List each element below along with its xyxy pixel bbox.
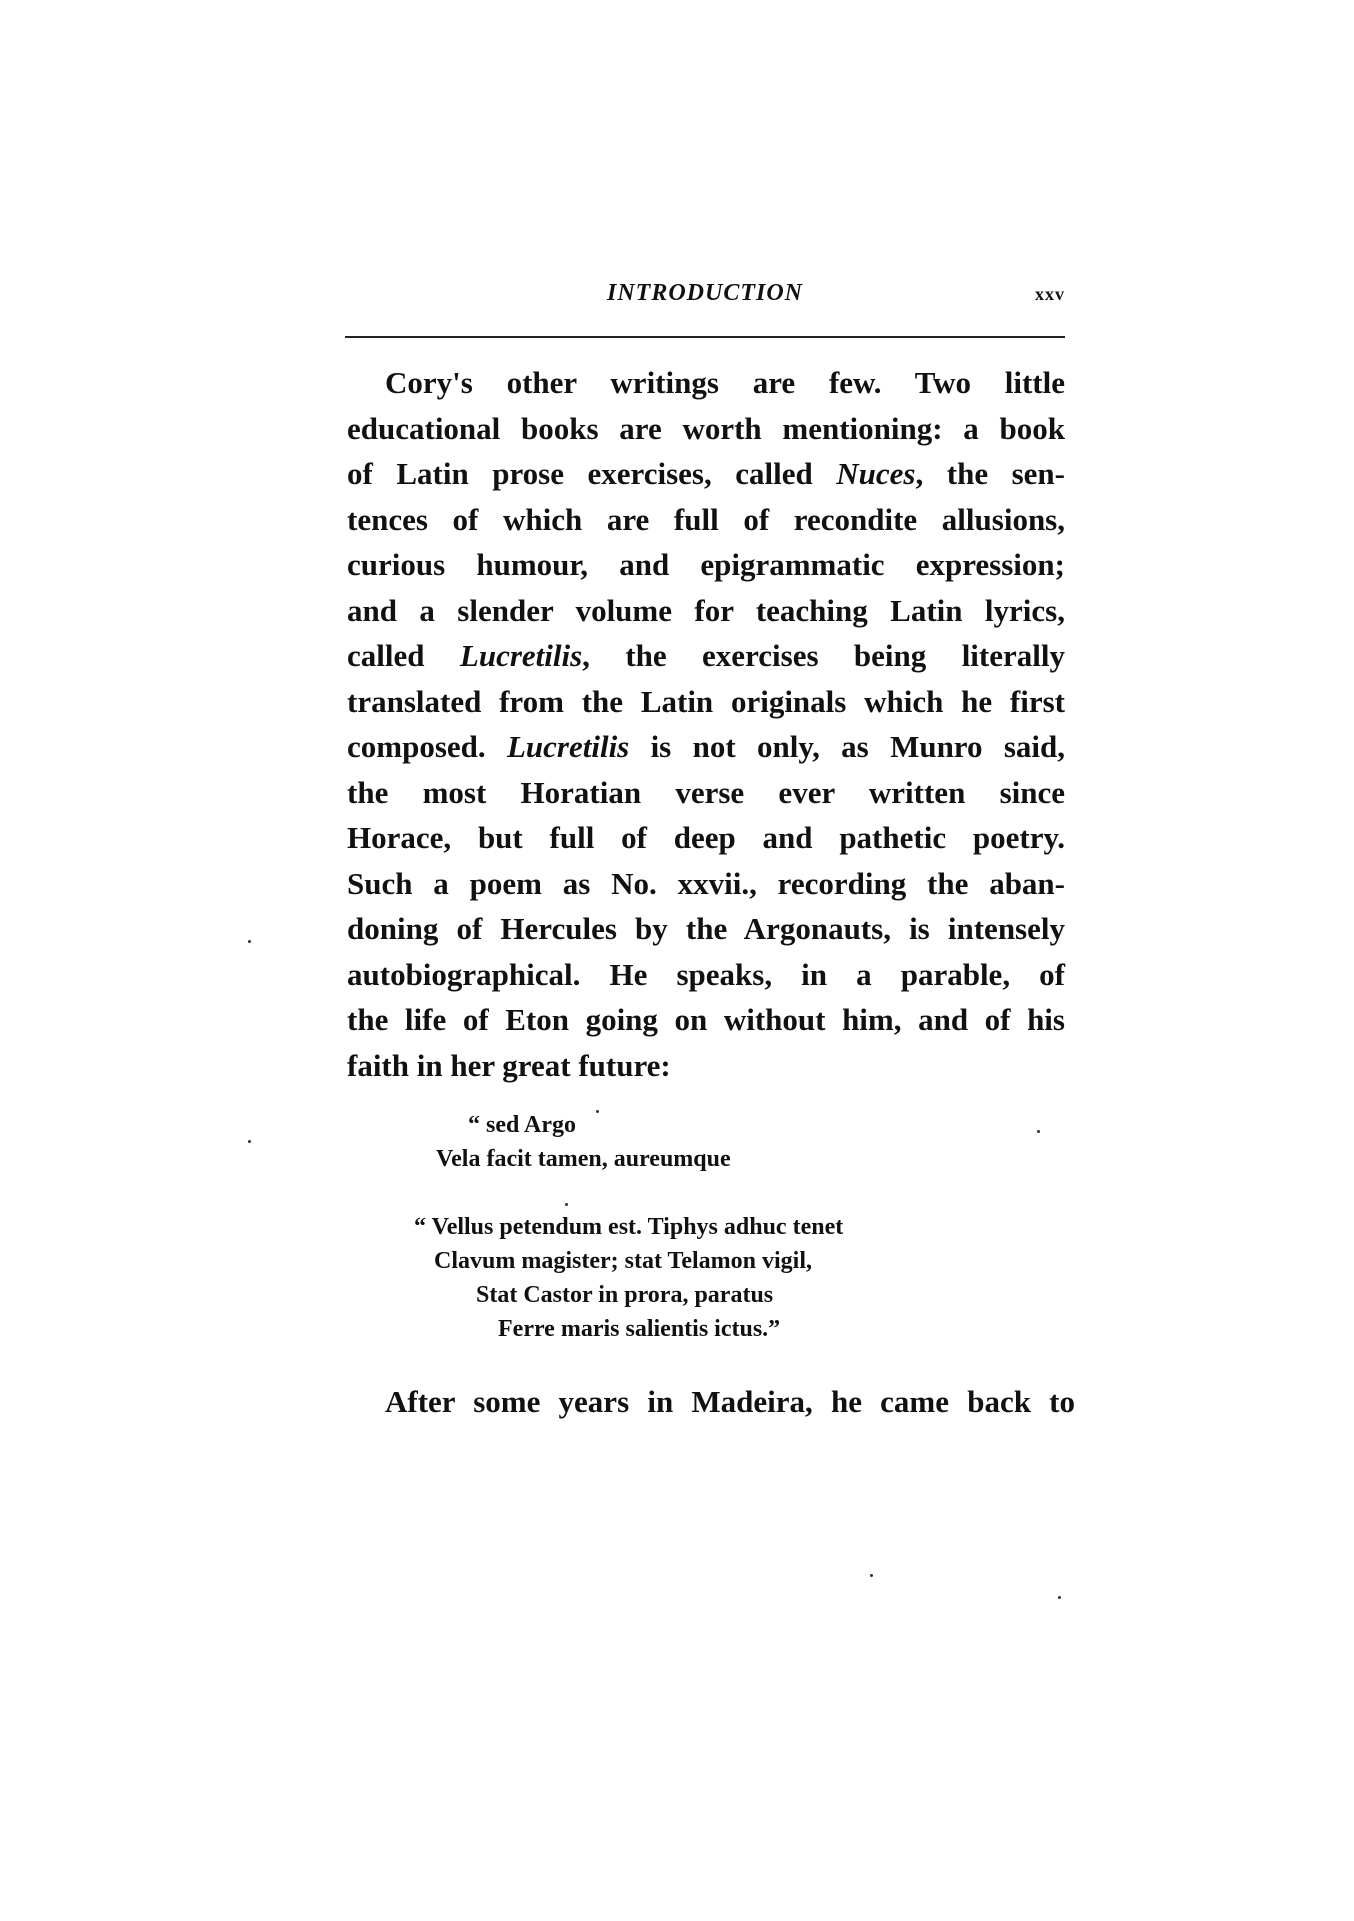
- verse-line: “ Vellus petendum est. Tiphys adhuc tene…: [410, 1210, 1050, 1244]
- text-line: autobiographical. He speaks, in a parabl…: [347, 952, 1065, 998]
- header-rule: [345, 336, 1065, 338]
- text-line: composed. Lucretilis is not only, as Mun…: [347, 724, 1065, 770]
- verse-line: “ sed Argo: [410, 1108, 1050, 1142]
- text-line: tences of which are full of recondite al…: [347, 497, 1065, 543]
- scan-speck: [248, 940, 251, 943]
- text-line: translated from the Latin originals whic…: [347, 679, 1065, 725]
- scan-speck: [1058, 1596, 1061, 1599]
- text-line: Horace, but full of deep and pathetic po…: [347, 815, 1065, 861]
- text-line: the most Horatian verse ever written sin…: [347, 770, 1065, 816]
- italic-title-lucretilis: Lucretilis: [460, 638, 582, 673]
- text-line: called Lucretilis, the exercises being l…: [347, 633, 1065, 679]
- verse-line: Ferre maris salientis ictus.”: [410, 1312, 1050, 1346]
- verse-line: Clavum magister; stat Telamon vigil,: [410, 1244, 1050, 1278]
- scan-speck: [248, 1140, 251, 1143]
- text-line: curious humour, and epigrammatic express…: [347, 542, 1065, 588]
- page-number: xxv: [1035, 284, 1065, 305]
- body-paragraph: Cory's other writings are few. Two littl…: [347, 360, 1065, 1088]
- scan-speck: [870, 1574, 873, 1577]
- stanza-gap: [410, 1176, 1050, 1210]
- italic-title-nuces: Nuces: [836, 456, 915, 491]
- verse-quotation: “ sed Argo Vela facit tamen, aureumque “…: [410, 1108, 1050, 1346]
- text-line: of Latin prose exercises, called Nuces, …: [347, 451, 1065, 497]
- scan-speck: [565, 1203, 568, 1206]
- book-page: INTRODUCTION xxv Cory's other writings a…: [0, 0, 1354, 1921]
- verse-line: Vela facit tamen, aureumque: [410, 1142, 1050, 1176]
- text-line: Such a poem as No. xxvii., recording the…: [347, 861, 1065, 907]
- text-line: and a slender volume for teaching Latin …: [347, 588, 1065, 634]
- text-line: educational books are worth mentioning: …: [347, 406, 1065, 452]
- closing-line: After some years in Madeira, he came bac…: [385, 1384, 1075, 1420]
- scan-speck: [596, 1110, 599, 1113]
- italic-title-lucretilis: Lucretilis: [507, 729, 629, 764]
- running-head: INTRODUCTION xxv: [345, 280, 1065, 316]
- running-title: INTRODUCTION: [345, 280, 1065, 307]
- verse-line: Stat Castor in prora, paratus: [410, 1278, 1050, 1312]
- scan-speck: [1037, 1130, 1040, 1133]
- text-line: faith in her great future:: [347, 1043, 1065, 1089]
- text-line: the life of Eton going on without him, a…: [347, 997, 1065, 1043]
- text-line: Cory's other writings are few. Two littl…: [347, 360, 1065, 406]
- text-line: doning of Hercules by the Argonauts, is …: [347, 906, 1065, 952]
